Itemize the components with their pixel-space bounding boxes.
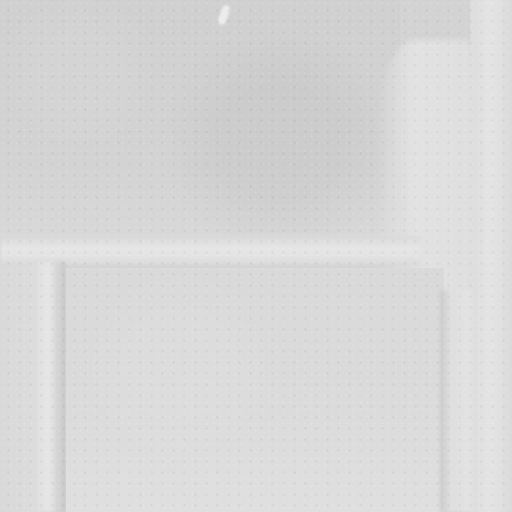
upper-concrete-block [0, 0, 400, 238]
right-mortar-column [470, 0, 512, 512]
right-vertical-mortar-joint [440, 290, 472, 512]
wall-photo [0, 0, 512, 512]
left-block-fragment [0, 262, 40, 512]
left-vertical-mortar-joint [38, 262, 66, 512]
lower-concrete-block [66, 268, 444, 512]
